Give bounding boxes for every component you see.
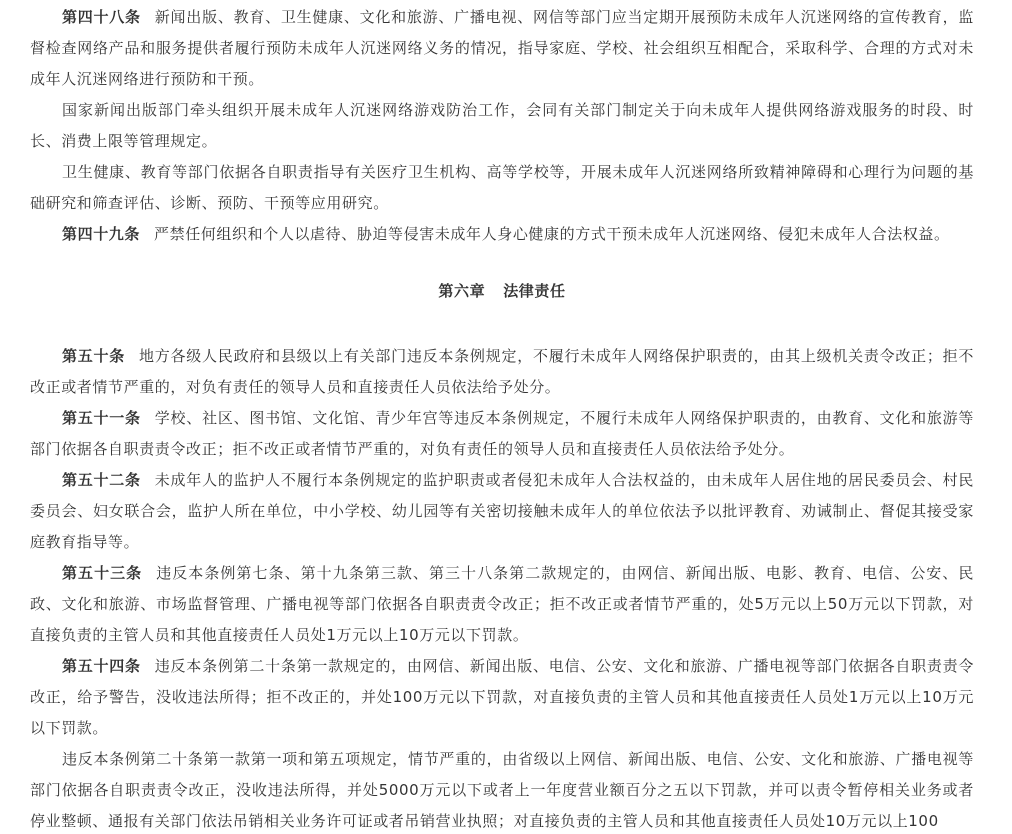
paragraph-text: 严禁任何组织和个人以虐待、胁迫等侵害未成年人身心健康的方式干预未成年人沉迷网络、… [154,225,950,243]
paragraph-text: 违反本条例第七条、第十九条第三款、第三十八条第二款规定的，由网信、新闻出版、电影… [30,564,974,644]
paragraph-text: 学校、社区、图书馆、文化馆、青少年宫等违反本条例规定，不履行未成年人网络保护职责… [30,409,974,458]
chapter-number: 第六章 [438,282,485,300]
paragraph-article-54: 第五十四条违反本条例第二十条第一款规定的，由网信、新闻出版、电信、公安、文化和旅… [30,651,974,744]
paragraph-text: 地方各级人民政府和县级以上有关部门违反本条例规定，不履行未成年人网络保护职责的，… [30,347,974,396]
paragraph-article-48-3: 卫生健康、教育等部门依据各自职责指导有关医疗卫生机构、高等学校等，开展未成年人沉… [30,157,974,219]
paragraph-article-48-2: 国家新闻出版部门牵头组织开展未成年人沉迷网络游戏防治工作，会同有关部门制定关于向… [30,95,974,157]
paragraph-article-54-2: 违反本条例第二十条第一款第一项和第五项规定，情节严重的，由省级以上网信、新闻出版… [30,744,974,834]
paragraph-article-50: 第五十条地方各级人民政府和县级以上有关部门违反本条例规定，不履行未成年人网络保护… [30,341,974,403]
paragraph-article-51: 第五十一条学校、社区、图书馆、文化馆、青少年宫等违反本条例规定，不履行未成年人网… [30,403,974,465]
article-number: 第五十一条 [62,409,141,427]
paragraph-article-49: 第四十九条严禁任何组织和个人以虐待、胁迫等侵害未成年人身心健康的方式干预未成年人… [30,219,974,250]
paragraph-article-53: 第五十三条违反本条例第七条、第十九条第三款、第三十八条第二款规定的，由网信、新闻… [30,558,974,651]
document-body: 第四十八条新闻出版、教育、卫生健康、文化和旅游、广播电视、网信等部门应当定期开展… [30,2,974,834]
article-number: 第四十九条 [62,225,140,243]
paragraph-text: 国家新闻出版部门牵头组织开展未成年人沉迷网络游戏防治工作，会同有关部门制定关于向… [30,101,974,150]
paragraph-text: 违反本条例第二十条第一款第一项和第五项规定，情节严重的，由省级以上网信、新闻出版… [30,750,974,830]
article-number: 第五十三条 [62,564,142,582]
paragraph-text: 违反本条例第二十条第一款规定的，由网信、新闻出版、电信、公安、文化和旅游、广播电… [30,657,974,737]
paragraph-text: 卫生健康、教育等部门依据各自职责指导有关医疗卫生机构、高等学校等，开展未成年人沉… [30,163,974,212]
article-number: 第五十条 [62,347,125,365]
paragraph-text: 新闻出版、教育、卫生健康、文化和旅游、广播电视、网信等部门应当定期开展预防未成年… [30,8,974,88]
chapter-title: 法律责任 [503,282,565,300]
chapter-heading: 第六章法律责任 [30,276,974,307]
paragraph-text: 未成年人的监护人不履行本条例规定的监护职责或者侵犯未成年人合法权益的，由未成年人… [30,471,974,551]
paragraph-article-52: 第五十二条未成年人的监护人不履行本条例规定的监护职责或者侵犯未成年人合法权益的，… [30,465,974,558]
article-number: 第五十二条 [62,471,141,489]
paragraph-article-48: 第四十八条新闻出版、教育、卫生健康、文化和旅游、广播电视、网信等部门应当定期开展… [30,2,974,95]
article-number: 第四十八条 [62,8,141,26]
article-number: 第五十四条 [62,657,141,675]
